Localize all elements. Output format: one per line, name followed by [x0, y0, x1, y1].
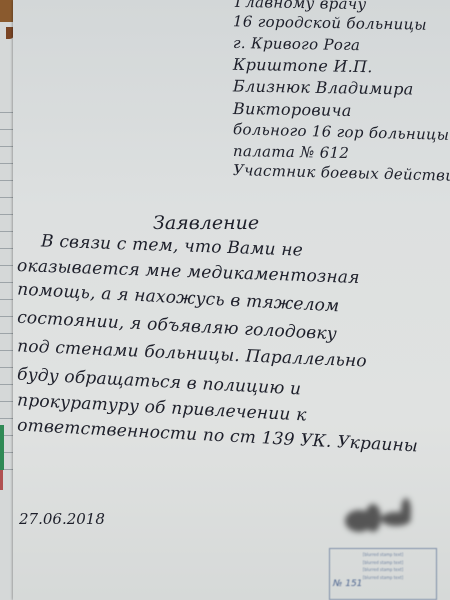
document-date: 27.06.2018 — [19, 510, 105, 528]
blurred-signature — [343, 498, 428, 538]
stamp-line: [blurred stamp text] — [333, 551, 433, 559]
document-title: Заявление — [153, 212, 259, 234]
document-page: Главному врачу 16 городской больницы г. … — [13, 0, 450, 600]
addressee-line: Участник боевых действий — [233, 161, 450, 185]
addressee-line: Близнюк Владимира — [233, 76, 414, 98]
stamp-line: [blurred stamp text] — [333, 566, 433, 574]
body-line: ответственности по ст 139 УК. Украины — [17, 416, 419, 457]
red-edge — [0, 470, 3, 490]
body-line: В связи с тем, что Вами не — [41, 231, 304, 260]
addressee-line: Викторовича — [233, 99, 352, 120]
addressee-line: 16 городской больницы — [233, 12, 427, 33]
stamp-line: [blurred stamp text] — [333, 559, 433, 567]
addressee-line: Главному врачу — [235, 0, 367, 13]
hospital-stamp: [blurred stamp text] [blurred stamp text… — [329, 548, 437, 600]
addressee-line: палата № 612 — [233, 142, 350, 162]
stamp-number-value: 151 — [345, 579, 362, 589]
addressee-line: больного 16 гор больницы — [233, 120, 450, 144]
addressee-line: Криштопе И.П. — [233, 55, 373, 76]
addressee-line: г. Кривого Рога — [233, 34, 361, 54]
stamp-number: № 151 — [333, 581, 433, 589]
notebook-underlay — [0, 0, 14, 600]
graph-paper-margin — [0, 96, 14, 476]
green-edge — [0, 425, 4, 470]
